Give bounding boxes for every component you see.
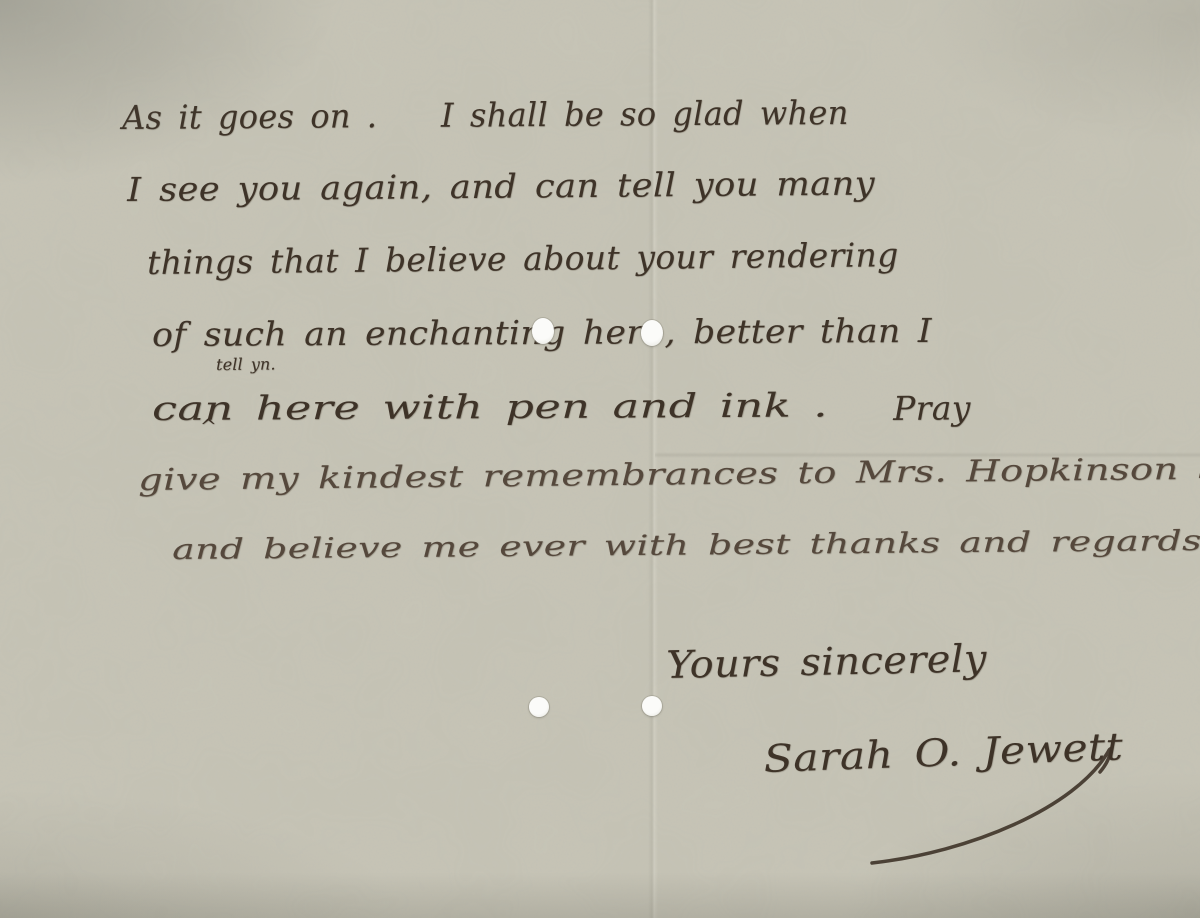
letter-line-5-word-pray: Pray — [893, 391, 971, 425]
letter-line-1: As it goes on . I shall be so glad when — [122, 96, 849, 134]
insertion-caret-mark: ^ — [200, 416, 217, 436]
punch-hole — [642, 696, 662, 716]
letter-closing: Yours sincerely — [666, 639, 987, 684]
letter-line-2: I see you again, and can tell you many — [127, 166, 875, 206]
letter-line-7: and believe me ever with best thanks and… — [172, 527, 1200, 564]
signature: Sarah O. Jewett — [763, 727, 1124, 778]
letter-line-5: can here with pen and ink . — [152, 388, 828, 425]
interlinear-insertion: tell yn. — [216, 356, 276, 373]
punch-hole — [641, 320, 663, 346]
punch-hole — [532, 318, 554, 344]
punch-hole — [529, 697, 549, 717]
letter-line-6: give my kindest remembrances to Mrs. Hop… — [138, 454, 1200, 496]
letter-photo: As it goes on . I shall be so glad when … — [0, 0, 1200, 918]
letter-line-3: things that I believe about your renderi… — [147, 238, 899, 279]
